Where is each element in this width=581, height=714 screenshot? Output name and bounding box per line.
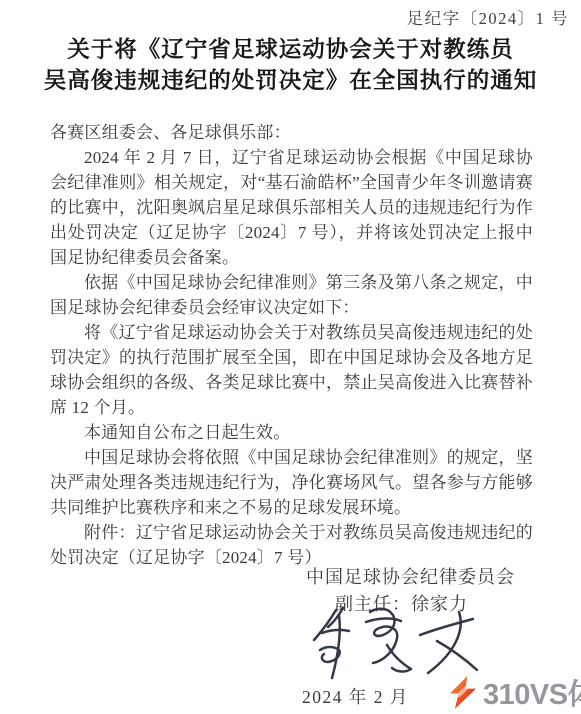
- watermark: 310VS体育: [447, 671, 581, 714]
- body-paragraph-1: 2024 年 2 月 7 日，辽宁省足球运动协会根据《中国足球协会纪律准则》相关…: [50, 145, 533, 270]
- document-number: 足纪字〔2024〕1 号: [407, 5, 569, 29]
- document-body: 各赛区组委会、各足球俱乐部： 2024 年 2 月 7 日，辽宁省足球运动协会根…: [50, 120, 533, 570]
- notice-document-page: 足纪字〔2024〕1 号 关于将《辽宁省足球运动协会关于对教练员 吴高俊违规违纪…: [0, 0, 581, 714]
- document-date: 2024 年 2 月: [302, 684, 409, 709]
- document-title-line-2: 吴高俊违规违纪的处罚决定》在全国执行的通知: [0, 65, 581, 96]
- body-paragraph-4: 本通知自公布之日起生效。: [50, 420, 533, 445]
- watermark-text: 310VS体育: [483, 672, 581, 713]
- document-title-line-1: 关于将《辽宁省足球运动协会关于对教练员: [0, 34, 581, 65]
- signer-title-name: 副主任：徐家力: [0, 590, 581, 616]
- document-title: 关于将《辽宁省足球运动协会关于对教练员 吴高俊违规违纪的处罚决定》在全国执行的通…: [0, 34, 581, 96]
- salutation-line: 各赛区组委会、各足球俱乐部：: [50, 120, 533, 145]
- body-paragraph-2: 依据《中国足球协会纪律准则》第三条及第八条之规定，中国足球协会纪律委员会经审议决…: [50, 270, 533, 320]
- body-paragraph-5: 中国足球协会将依照《中国足球协会纪律准则》的规定，坚决严肃处理各类违规违纪行为，…: [50, 445, 533, 520]
- signer-organization: 中国足球协会纪律委员会: [0, 563, 581, 589]
- body-paragraph-3: 将《辽宁省足球运动协会关于对教练员吴高俊违规违纪的处罚决定》的执行范围扩展至全国…: [50, 320, 533, 420]
- 310vs-logo-icon: [447, 675, 480, 710]
